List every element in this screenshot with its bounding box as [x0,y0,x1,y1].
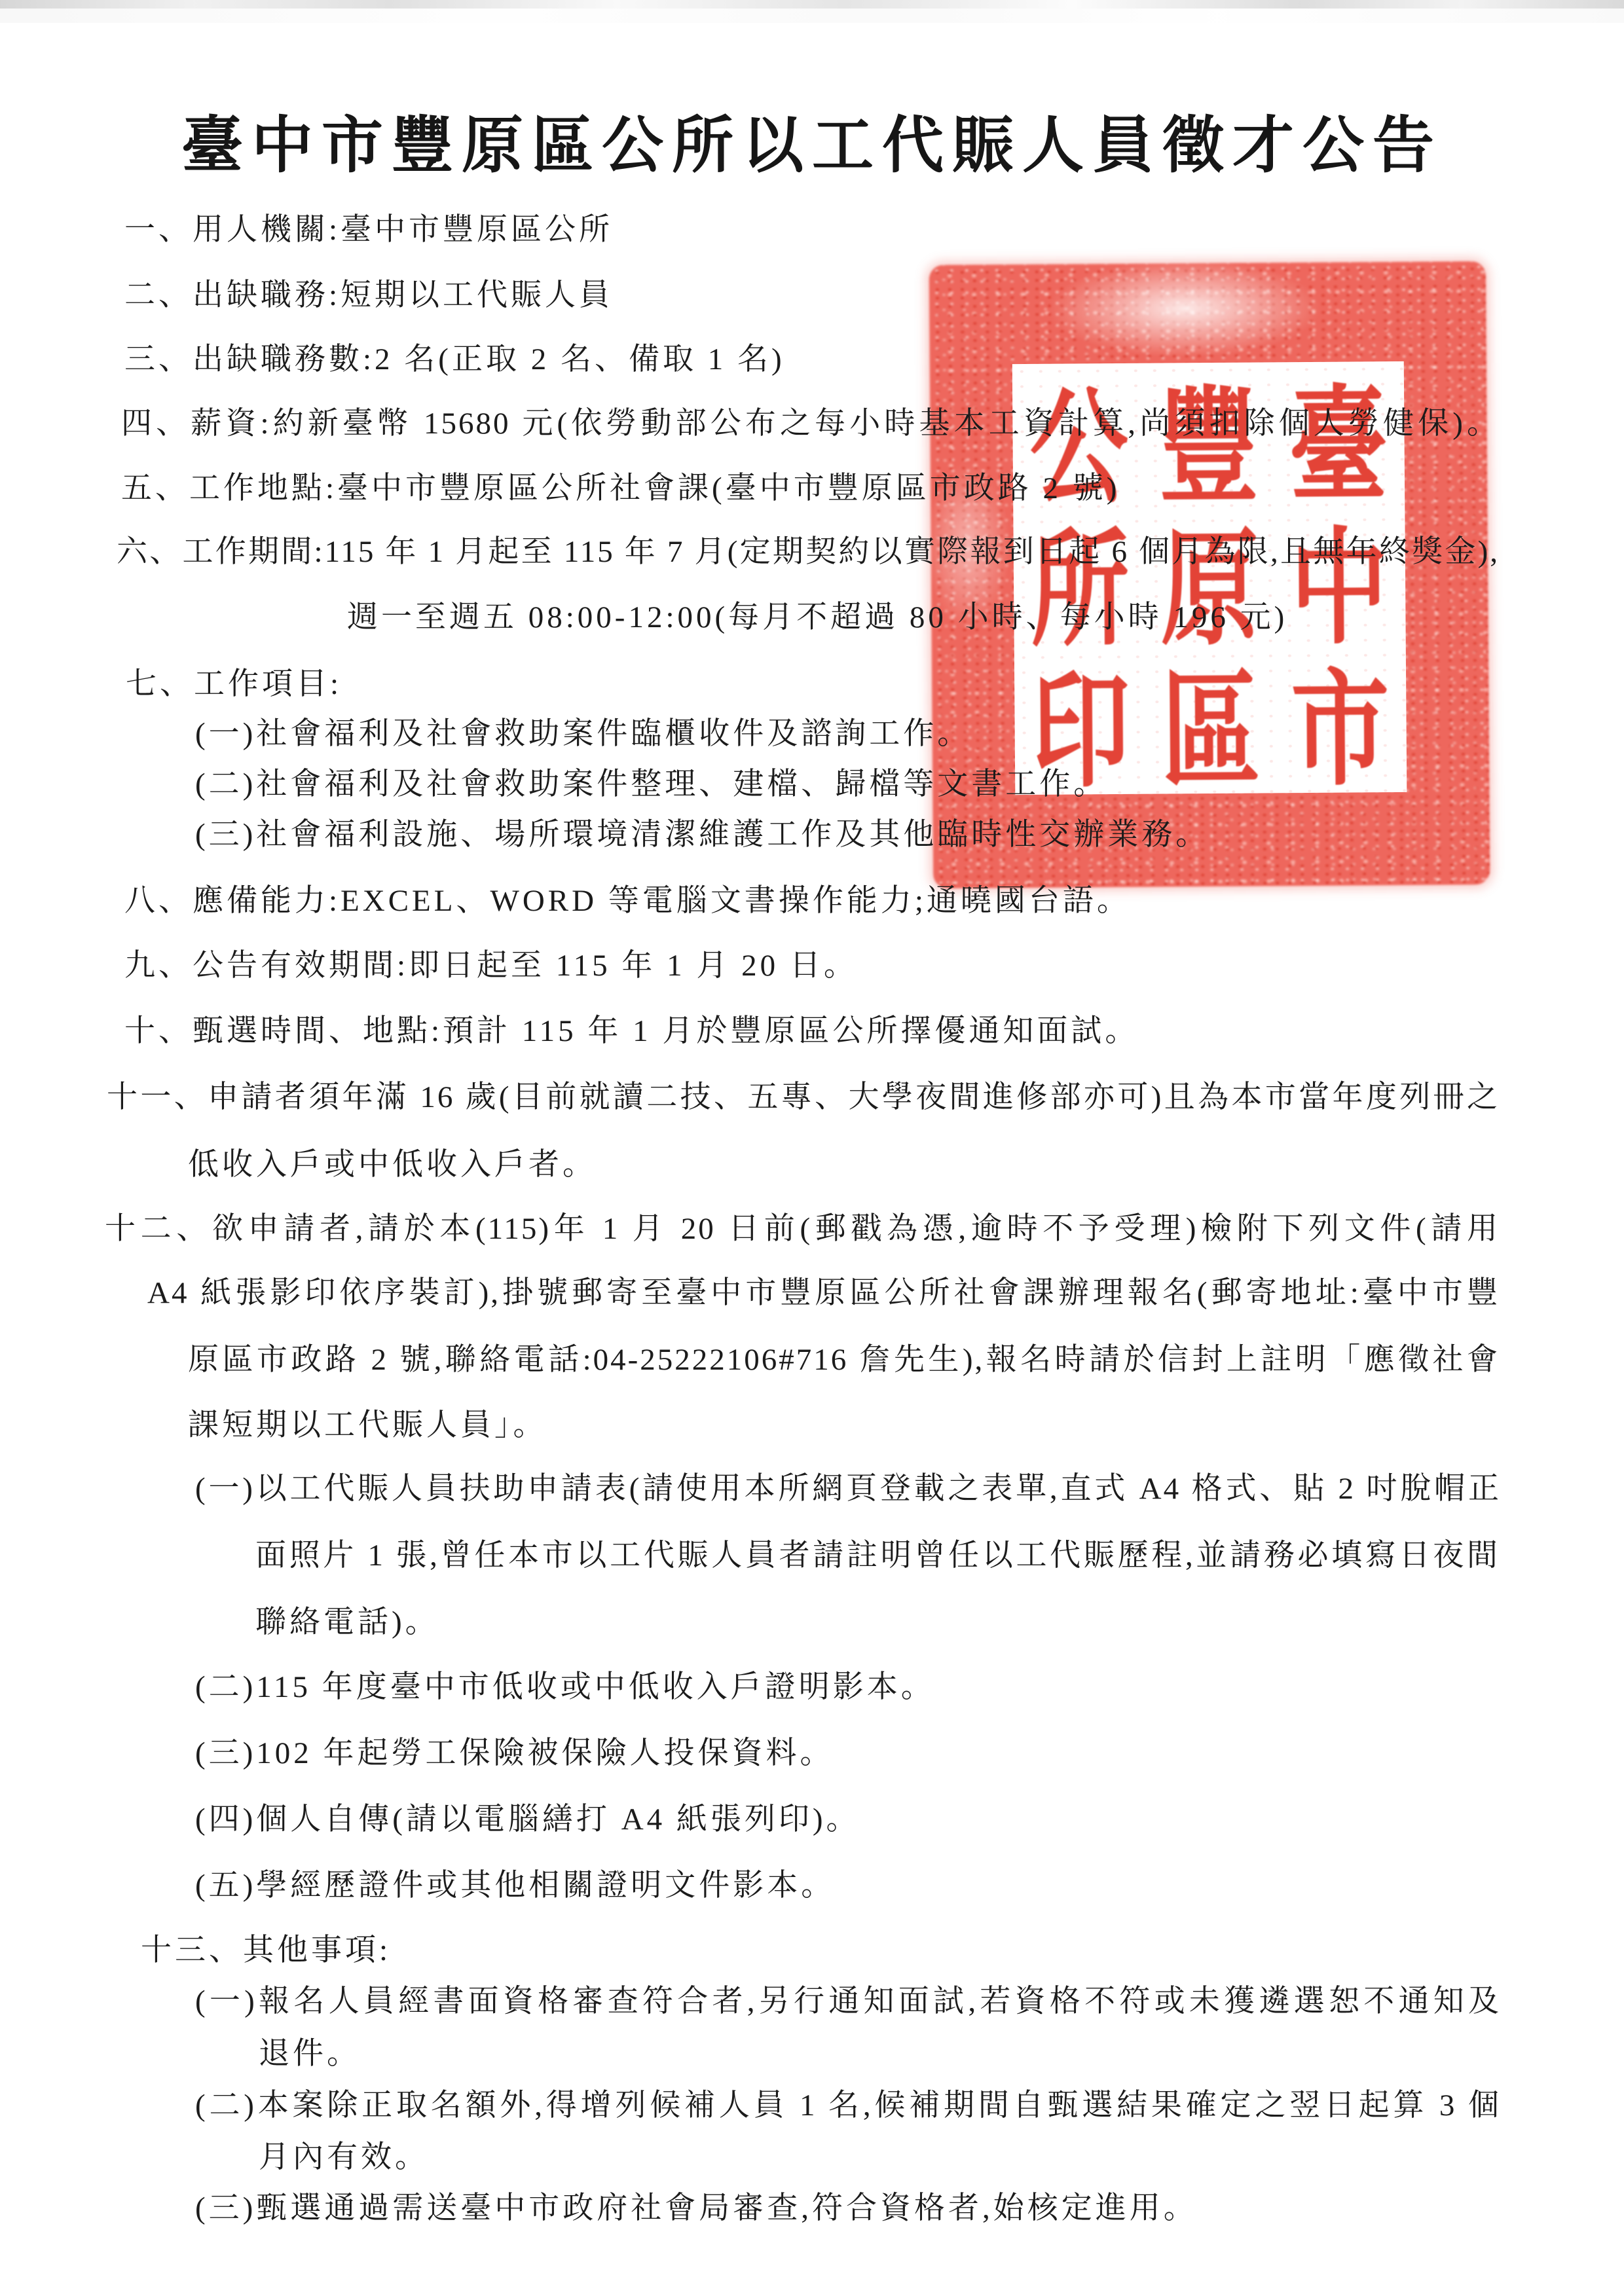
announcement-line-12c: 原區市政路 2 號,聯絡電話:04-25222106#716 詹先生),報名時請… [188,1339,1500,1380]
seal-character: 市 [1275,628,1406,811]
announcement-line-8: 八、應備能力:EXCEL、WORD 等電腦文書操作能力;通曉國台語。 [124,881,1131,921]
announcement-line-6b: 週一至週五 08:00-12:00(每月不超過 80 小時、每小時 196 元) [347,597,1287,638]
announcement-line-12-4: (四)個人自傳(請以電腦繕打 A4 紙張列印)。 [195,1799,860,1840]
announcement-line-13-1: (一)報名人員經書面資格審查符合者,另行通知面試,若資格不符或未獲遴選恕不通知及 [195,1981,1501,2022]
announcement-line-12-3: (三)102 年起勞工保險被保險人投保資料。 [195,1733,834,1774]
announcement-line-12-1b: 面照片 1 張,曾任本市以工代賑人員者請註明曾任以工代賑歷程,並請務必填寫日夜間 [255,1535,1500,1576]
announcement-line-7-1: (一)社會福利及社會救助案件臨櫃收件及諮詢工作。 [195,714,971,754]
announcement-line-7: 七、工作項目: [126,664,342,704]
page-title: 臺中市豐原區公所以工代賑人員徵才公告 [0,96,1624,184]
seal-ink-fade [1047,259,1323,359]
announcement-line-7-2: (二)社會福利及社會救助案件整理、建檔、歸檔等文書工作。 [195,764,1107,805]
announcement-line-13-1b: 退件。 [259,2033,361,2074]
announcement-line-4: 四、薪資:約新臺幣 15680 元(依勞動部公布之每小時基本工資計算,尚須扣除個… [121,403,1500,444]
announcement-line-12-1: (一)以工代賑人員扶助申請表(請使用本所網頁登載之表單,直式 A4 格式、貼 2… [195,1468,1501,1509]
scanned-announcement-page: 臺 中 市 豐 原 區 公 所 印 臺中市豐原區公所以工代賑人員徵才公告 一、用… [0,0,1624,2296]
announcement-line-13-3: (三)甄選通過需送臺中市政府社會局審查,符合資格者,始核定進用。 [195,2188,1198,2229]
announcement-line-12b: A4 紙張影印依序裝訂),掛號郵寄至臺中市豐原區公所社會課辦理報名(郵寄地址:臺… [147,1273,1500,1313]
announcement-line-6: 六、工作期間:115 年 1 月起至 115 年 7 月(定期契約以實際報到日起… [117,532,1500,572]
announcement-line-13: 十三、其他事項: [141,1930,391,1971]
announcement-line-12-2: (二)115 年度臺中市低收或中低收入戶證明影本。 [195,1667,935,1707]
announcement-line-13-2b: 月內有效。 [259,2137,429,2178]
announcement-line-9: 九、公告有效期間:即日起至 115 年 1 月 20 日。 [124,945,858,986]
seal-character: 區 [1145,629,1276,811]
announcement-line-10: 十、甄選時間、地點:預計 115 年 1 月於豐原區公所擇優通知面試。 [124,1011,1139,1051]
announcement-line-3: 三、出缺職務數:2 名(正取 2 名、備取 1 名) [124,339,785,380]
announcement-line-1: 一、用人機關:臺中市豐原區公所 [124,210,613,250]
scanner-edge-artifact-2 [0,9,1624,23]
announcement-line-12: 十二、欲申請者,請於本(115)年 1 月 20 日前(郵戳為憑,逾時不予受理)… [105,1209,1500,1249]
announcement-line-12-1c: 聯絡電話)。 [255,1602,439,1643]
announcement-line-12d: 課短期以工代賑人員」。 [188,1405,547,1446]
announcement-line-11: 十一、申請者須年滿 16 歲(目前就讀二技、五專、大學夜間進修部亦可)且為本市當… [107,1077,1500,1118]
announcement-line-13-2: (二)本案除正取名額外,得增列候補人員 1 名,候補期間自甄選結果確定之翌日起算… [195,2085,1501,2126]
announcement-line-5: 五、工作地點:臺中市豐原區公所社會課(臺中市豐原區市政路 2 號) [121,468,1120,509]
announcement-line-2: 二、出缺職務:短期以工代賑人員 [124,275,613,316]
announcement-line-12-5: (五)學經歷證件或其他相關證明文件影本。 [195,1865,835,1906]
announcement-line-11b: 低收入戶或中低收入戶者。 [188,1144,597,1185]
scanner-edge-artifact [0,0,1624,9]
announcement-line-7-3: (三)社會福利設施、場所環境清潔維護工作及其他臨時性交辦業務。 [195,814,1209,855]
